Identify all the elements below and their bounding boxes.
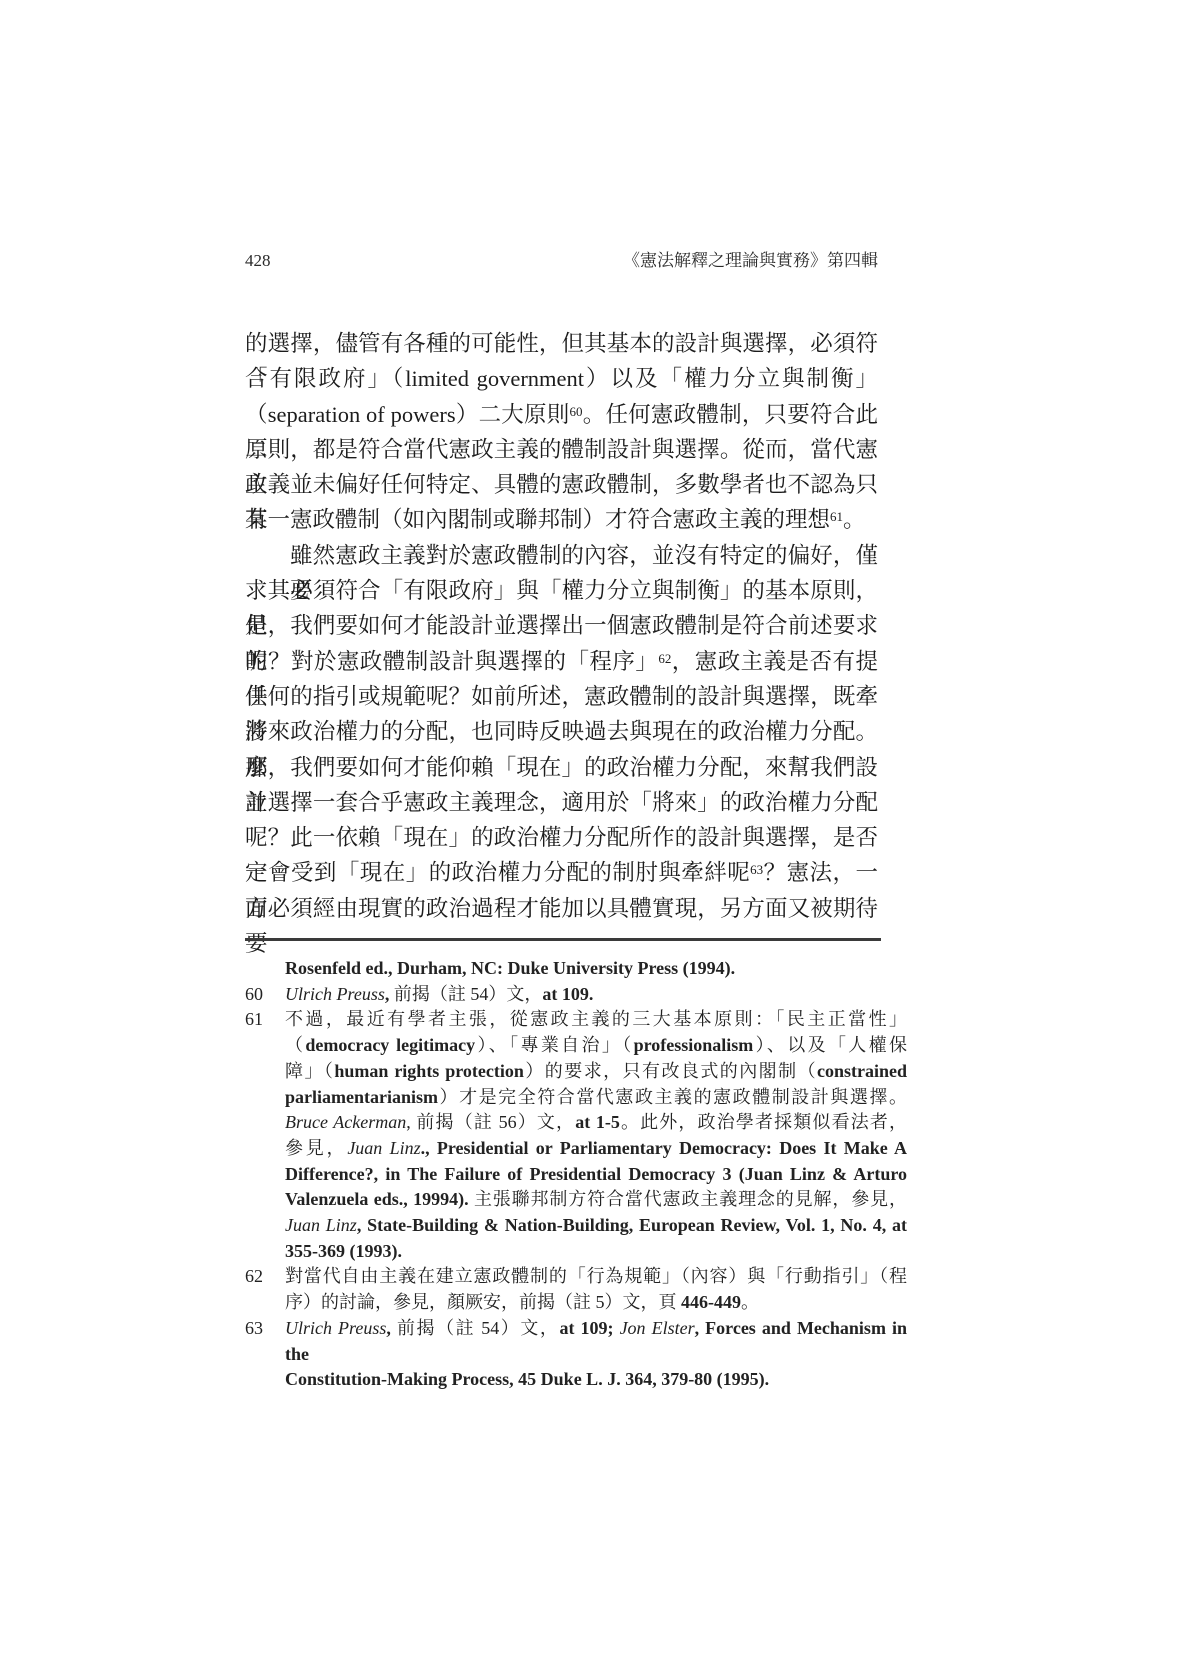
body-line: 將來政治權力的分配，也同時反映過去與現在的政治權力分配。那 (245, 714, 878, 749)
footnote-line: Bruce Ackerman, 前揭（註 56）文，at 1-5。此外，政治學者… (245, 1110, 907, 1136)
book-page: 428 《憲法解釋之理論與實務》第四輯 的選擇，儘管有各種的可能性，但其基本的設… (0, 0, 1177, 1664)
footnote-number (245, 1033, 285, 1059)
body-line: 主義並未偏好任何特定、具體的憲政體制，多數學者也不認為只有 (245, 467, 878, 502)
body-line: 呢？此一依賴「現在」的政治權力分配所作的設計與選擇，是否一 (245, 820, 878, 855)
footnote-text: Constitution-Making Process, 45 Duke L. … (285, 1367, 907, 1393)
footnote-text: Bruce Ackerman, 前揭（註 56）文，at 1-5。此外，政治學者… (285, 1110, 907, 1136)
footnote-line: Juan Linz, State-Building & Nation-Build… (245, 1213, 907, 1239)
footnote-ref: 63 (750, 862, 763, 877)
footnotes: Rosenfeld ed., Durham, NC: Duke Universi… (245, 956, 907, 1393)
footnote-text: 355-369 (1993). (285, 1239, 907, 1265)
body-line: 任何的指引或規範呢？如前所述，憲政體制的設計與選擇，既牽涉 (245, 679, 878, 714)
footnote-number (245, 1213, 285, 1239)
footnote-ref: 62 (658, 651, 671, 666)
footnote-separator (245, 938, 881, 941)
footnote-line: Rosenfeld ed., Durham, NC: Duke Universi… (245, 956, 907, 982)
footnote-line: parliamentarianism）才是完全符合當代憲政主義的憲政體制設計與選… (245, 1085, 907, 1111)
footnote-line: 序）的討論，參見，顏厥安，前揭（註 5）文，頁 446-449。 (245, 1290, 907, 1316)
footnote-text: Ulrich Preuss, 前揭（註 54）文，at 109; Jon Els… (285, 1316, 907, 1367)
footnote-text: 不過，最近有學者主張，從憲政主義的三大基本原則：「民主正當性」 (285, 1007, 907, 1033)
page-header: 428 《憲法解釋之理論與實務》第四輯 (245, 246, 878, 271)
body-line: 麼，我們要如何才能仰賴「現在」的政治權力分配，來幫我們設計 (245, 750, 878, 785)
body-line: 求其必須符合「有限政府」與「權力分立與制衡」的基本原則，但 (245, 573, 878, 608)
running-title: 《憲法解釋之理論與實務》第四輯 (623, 246, 878, 271)
footnote-ref: 61 (830, 509, 843, 524)
footnote-number (245, 1136, 285, 1162)
footnote-text: parliamentarianism）才是完全符合當代憲政主義的憲政體制設計與選… (285, 1085, 907, 1111)
body-line: 的選擇，儘管有各種的可能性，但其基本的設計與選擇，必須符合 (245, 326, 878, 361)
footnote-number (245, 1110, 285, 1136)
body-line: 是，我們要如何才能設計並選擇出一個憲政體制是符合前述要求的 (245, 608, 878, 643)
body-line: 並選擇一套合乎憲政主義理念，適用於「將來」的政治權力分配 (245, 785, 878, 820)
footnote-text: Rosenfeld ed., Durham, NC: Duke Universi… (285, 956, 907, 982)
footnote-line: 63Ulrich Preuss, 前揭（註 54）文，at 109; Jon E… (245, 1316, 907, 1367)
footnote-number (245, 1187, 285, 1213)
footnote-number (245, 1367, 285, 1393)
footnote-number: 61 (245, 1007, 285, 1033)
body-line: （separation of powers）二大原則60。任何憲政體制，只要符合… (245, 397, 878, 432)
footnote-line: Constitution-Making Process, 45 Duke L. … (245, 1367, 907, 1393)
footnote-text: 參見，Juan Linz., Presidential or Parliamen… (285, 1136, 907, 1162)
footnote-text: 序）的討論，參見，顏厥安，前揭（註 5）文，頁 446-449。 (285, 1290, 907, 1316)
footnote-number (245, 1059, 285, 1085)
body-line: 定會受到「現在」的政治權力分配的制肘與牽絆呢63？憲法，一方 (245, 855, 878, 890)
footnote-line: 62對當代自由主義在建立憲政體制的「行為規範」（內容）與「行動指引」（程 (245, 1264, 907, 1290)
footnote-line: 61不過，最近有學者主張，從憲政主義的三大基本原則：「民主正當性」 (245, 1007, 907, 1033)
footnote-line: 障」（human rights protection）的要求，只有改良式的內閣制… (245, 1059, 907, 1085)
footnote-number (245, 1085, 285, 1111)
footnote-text: Juan Linz, State-Building & Nation-Build… (285, 1213, 907, 1239)
footnote-text: （democracy legitimacy）、「專業自治」（profession… (285, 1033, 907, 1059)
footnote-line: 60Ulrich Preuss, 前揭（註 54）文，at 109. (245, 982, 907, 1008)
footnote-text: Difference?, in The Failure of President… (285, 1162, 907, 1188)
footnote-line: （democracy legitimacy）、「專業自治」（profession… (245, 1033, 907, 1059)
footnote-text: 障」（human rights protection）的要求，只有改良式的內閣制… (285, 1059, 907, 1085)
footnote-text: Valenzuela eds., 19994). 主張聯邦制方符合當代憲政主義理… (285, 1187, 907, 1213)
footnote-line: Valenzuela eds., 19994). 主張聯邦制方符合當代憲政主義理… (245, 1187, 907, 1213)
footnote-number (245, 1239, 285, 1265)
body-text: 的選擇，儘管有各種的可能性，但其基本的設計與選擇，必須符合「有限政府」（limi… (245, 326, 878, 926)
body-line: 雖然憲政主義對於憲政體制的內容，並沒有特定的偏好，僅要 (245, 538, 878, 573)
footnote-line: 參見，Juan Linz., Presidential or Parliamen… (245, 1136, 907, 1162)
footnote-number: 60 (245, 982, 285, 1008)
footnote-number (245, 1290, 285, 1316)
body-line: 「有限政府」（limited government）以及「權力分立與制衡」 (245, 361, 878, 396)
body-line: 面必須經由現實的政治過程才能加以具體實現，另方面又被期待要 (245, 891, 878, 926)
footnote-line: Difference?, in The Failure of President… (245, 1162, 907, 1188)
footnote-line: 355-369 (1993). (245, 1239, 907, 1265)
footnote-text: Ulrich Preuss, 前揭（註 54）文，at 109. (285, 982, 907, 1008)
body-line: 某一憲政體制（如內閣制或聯邦制）才符合憲政主義的理想61。 (245, 502, 878, 537)
footnote-number: 63 (245, 1316, 285, 1367)
footnote-number (245, 1162, 285, 1188)
footnote-ref: 60 (570, 404, 583, 419)
footnote-number (245, 956, 285, 982)
body-line: 原則，都是符合當代憲政主義的體制設計與選擇。從而，當代憲政 (245, 432, 878, 467)
footnote-number: 62 (245, 1264, 285, 1290)
body-line: 呢？對於憲政體制設計與選擇的「程序」62，憲政主義是否有提供 (245, 644, 878, 679)
footnote-text: 對當代自由主義在建立憲政體制的「行為規範」（內容）與「行動指引」（程 (285, 1264, 907, 1290)
page-number: 428 (245, 251, 271, 271)
